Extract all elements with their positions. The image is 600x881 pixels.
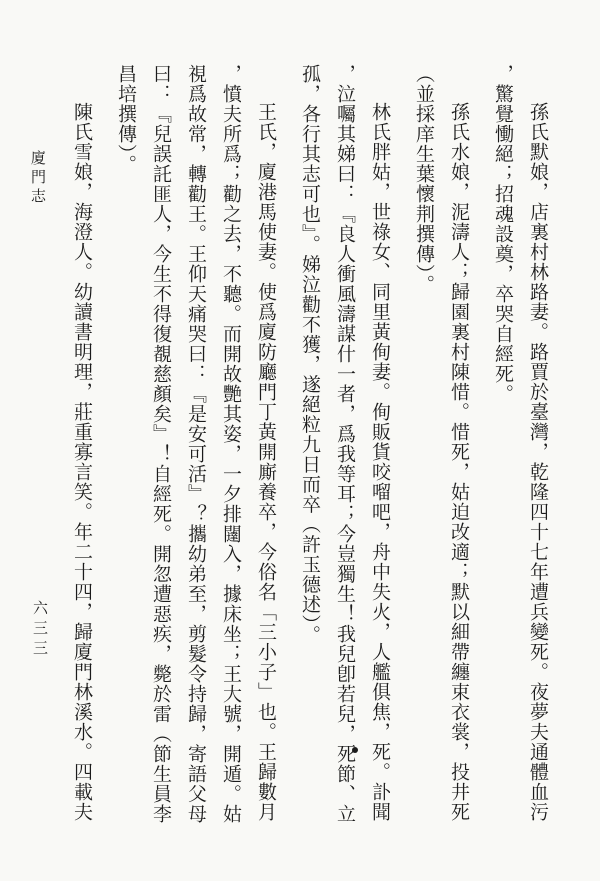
emphasis-dot bbox=[352, 747, 358, 753]
text-column: 孤，各行其志可也』。娣泣勸不獲，遂絕粒九日而卒（許玉德述）。 bbox=[292, 64, 327, 864]
text-column: ，憤夫所爲；勸之去，不聽。而開故艷其姿，一夕排闥入，據床坐；王大號，開遁。姑 bbox=[213, 64, 248, 864]
text-column: 昌培撰傳）。 bbox=[108, 64, 143, 864]
text-column: （並採庠生葉懷荆撰傳）。 bbox=[406, 64, 441, 864]
text-column: 陳氏雪娘，海澄人。幼讀書明理，莊重寡言笑。年二十四，歸廈門林溪水。四載夫 bbox=[64, 64, 99, 864]
text-column: 曰：『兒誤託匪人，今生不得復覩慈顏矣』！自經死。開忽遭惡疾，斃於雷（節生員李 bbox=[143, 64, 178, 864]
text-column: ，泣囑其娣曰：『良人衝風濤謀什一者，爲我等耳；今豈獨生！我兒卽若兒，死節、立 bbox=[327, 64, 362, 864]
text-column: 林氏胖姑，世祿女、同里黃侚妻。侚販貨咬𠺕吧，舟中失火，人艦俱焦，死。訃聞 bbox=[362, 64, 397, 864]
page-number: 六三三 bbox=[30, 600, 51, 660]
text-column: 孫氏水娘，泥濤人；歸園裏村陳惜。惜死，姑迫改適；默以細帶纏束衣裳，投井死 bbox=[441, 64, 476, 864]
text-column: 孫氏默娘，店裏村林路妻。路賈於臺灣，乾隆四十七年遭兵變死。夜夢夫通體血污 bbox=[520, 64, 555, 864]
running-title: 廈門志 bbox=[28, 150, 49, 207]
text-column: 視爲故常，轉勸王。王仰天痛哭曰：『是安可活』？攜幼弟至，剪髮令持歸，寄語父母 bbox=[178, 64, 213, 864]
book-page: 廈門志 孫氏默娘，店裏村林路妻。路賈於臺灣，乾隆四十七年遭兵變死。夜夢夫通體血污… bbox=[0, 0, 600, 881]
text-block: 孫氏默娘，店裏村林路妻。路賈於臺灣，乾隆四十七年遭兵變死。夜夢夫通體血污 ，驚覺… bbox=[64, 64, 555, 864]
text-column: ，驚覺慟絕；招魂設奠，卒哭自經死。 bbox=[485, 64, 520, 864]
text-column: 王氏，廈港馬使妻。使爲廈防廳門丁黃開廝養卒，今俗名「三小子」也。王歸數月 bbox=[248, 64, 283, 864]
